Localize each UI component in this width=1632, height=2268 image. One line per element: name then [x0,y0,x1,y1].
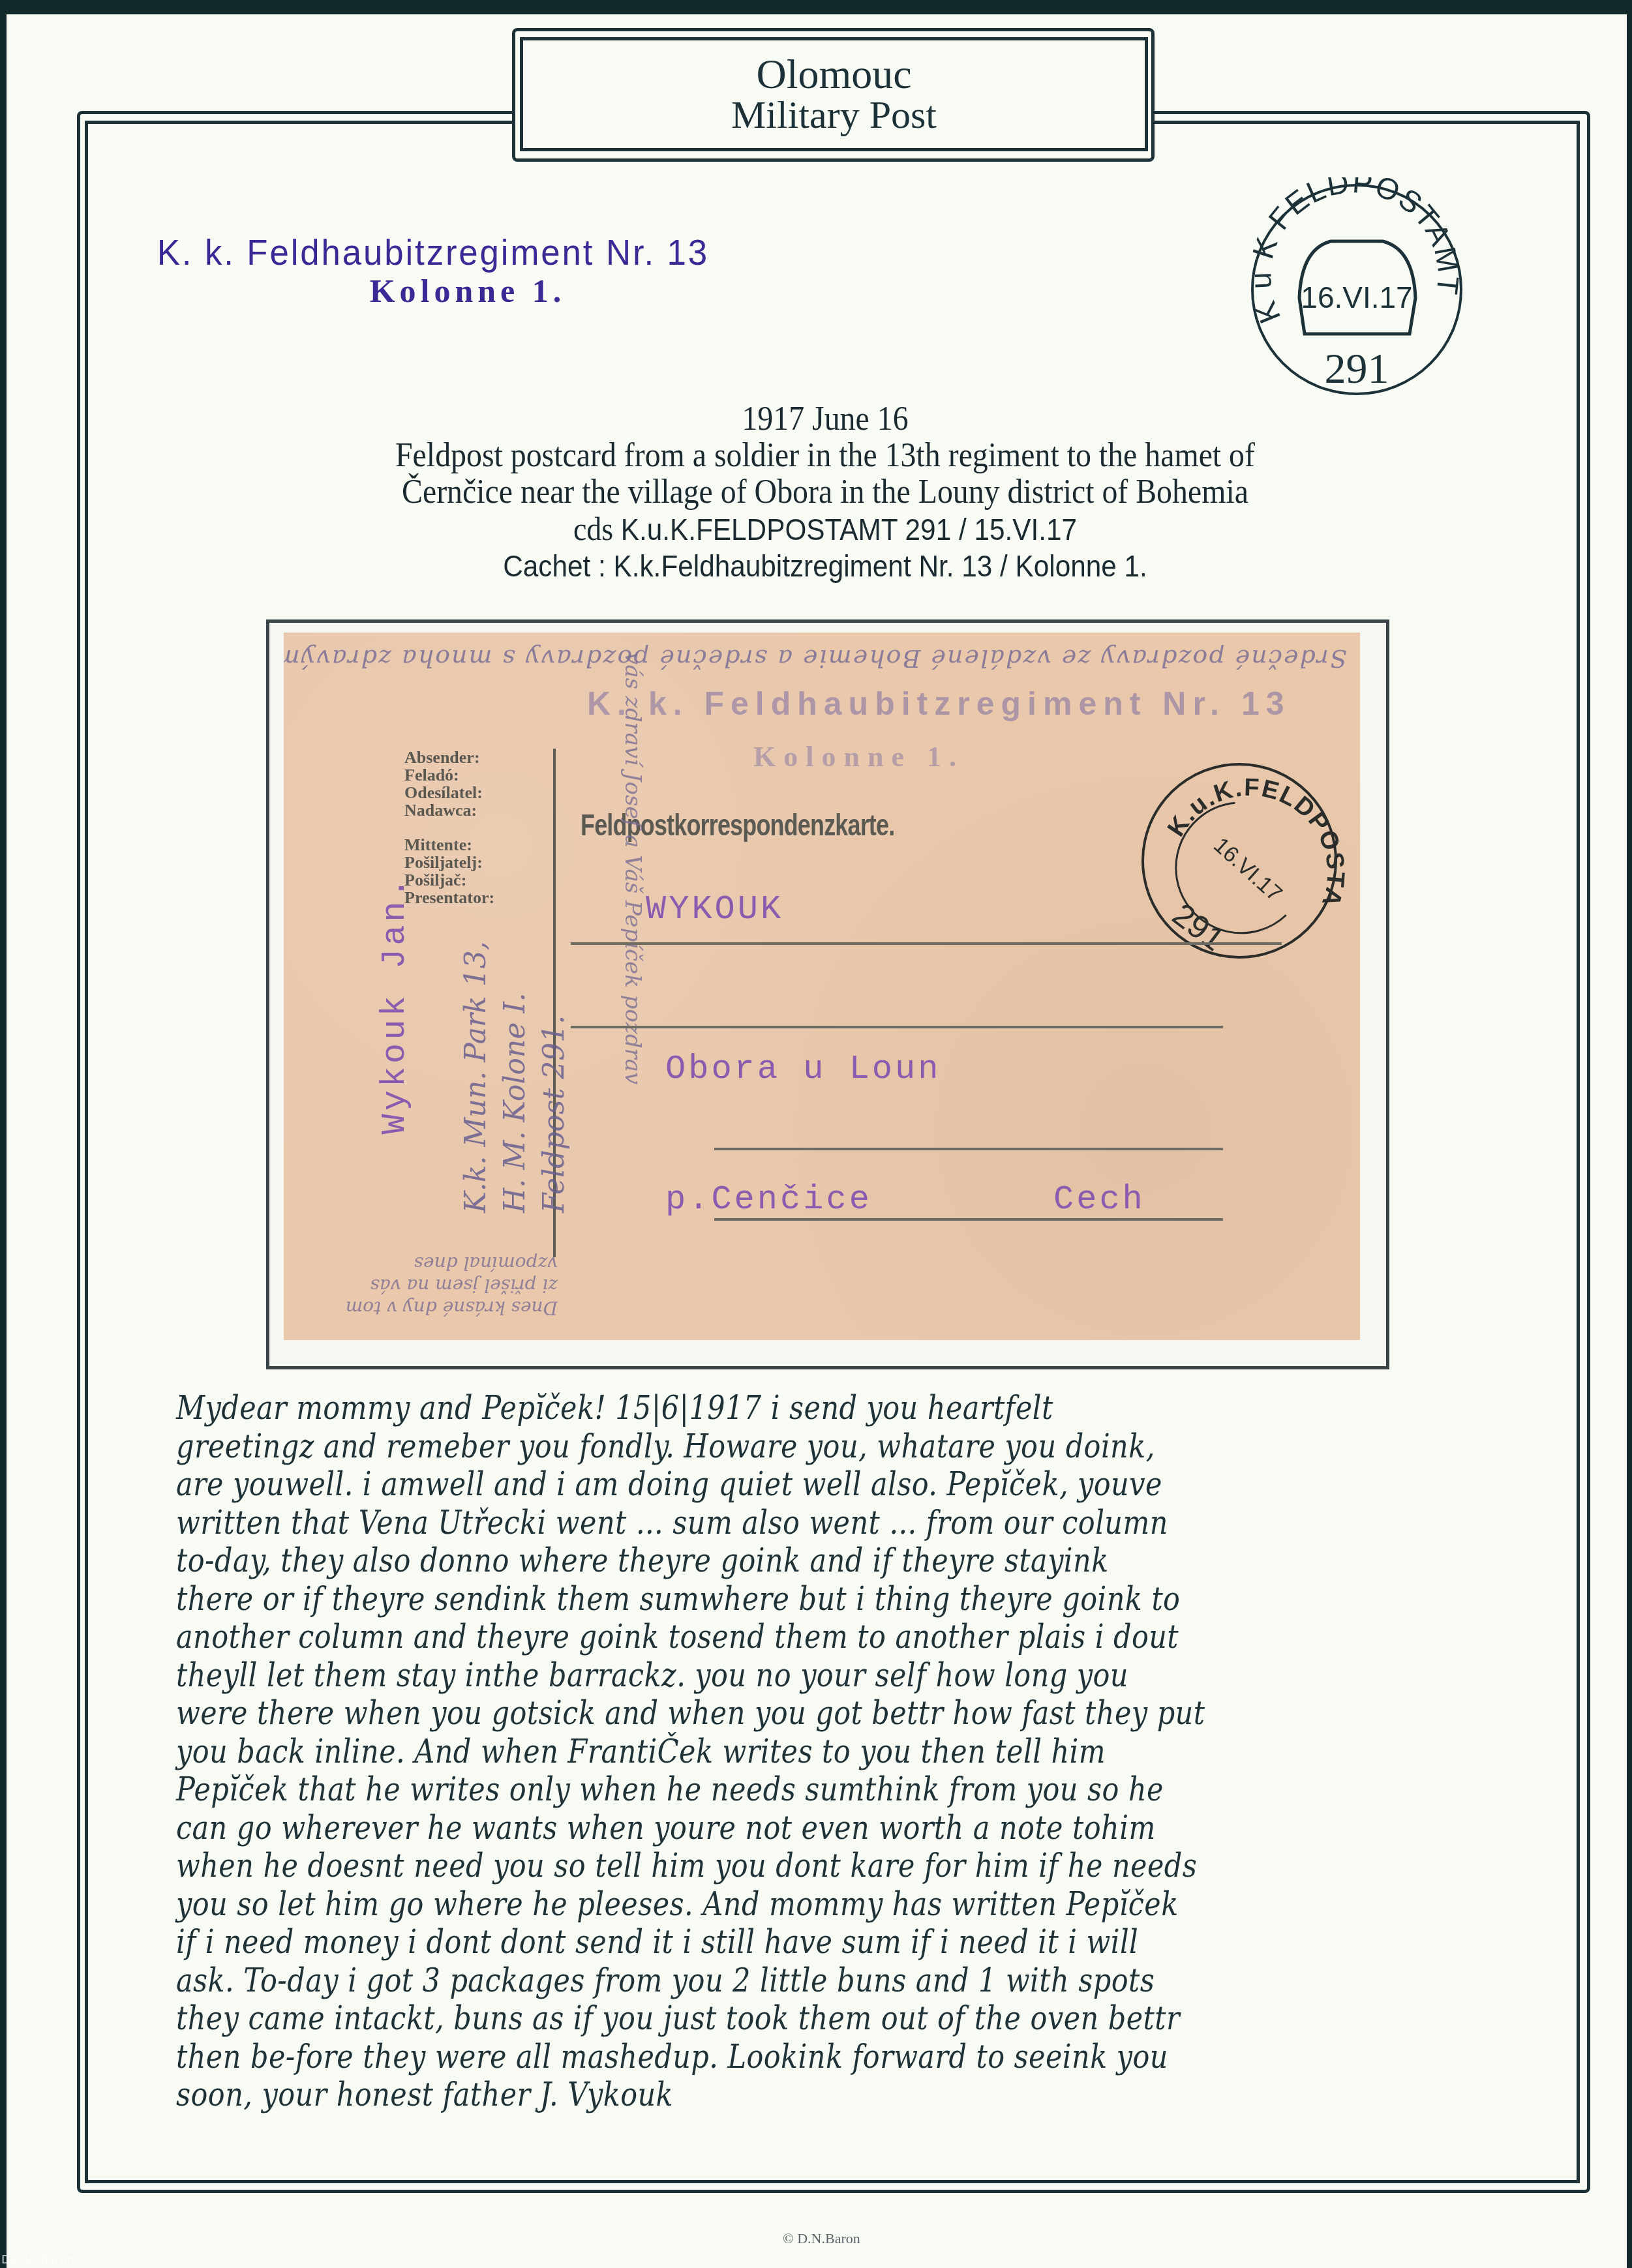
address-region: Cech [1053,1180,1145,1219]
letter-line: can go wherever he wants when youre not … [176,1809,1292,1847]
sender-hand-line: H. M. Kolone I. [496,848,535,1213]
watermark: Derek Baron [1,2253,74,2267]
cachet-value: K.k.Feldhaubitzregiment Nr. 13 / Kolonne… [614,548,1147,583]
bottom-hand-line: Dnes krásné dny v tom [297,1296,558,1319]
sender-label: Feladó: [404,766,494,784]
letter-line: then be-fore they were all mashedup. Loo… [176,2038,1292,2076]
page-title: Olomouc [756,54,911,95]
regiment-cachet: K. k. Feldhaubitzregiment Nr. 13 Kolonne… [138,231,823,310]
postcard-faint-cachet: K. k. Feldhaubitzregiment Nr. 13 [587,685,1291,723]
postcard-postmark-ring: K.u.K.FELDPOSTAMT [1132,753,1347,911]
sender-label: Absender: [404,749,494,766]
address-place: Obora u Loun [665,1050,941,1088]
address-line [714,1148,1223,1150]
postcard-postmark-date: 16.VI.17 [1209,833,1287,906]
page-subtitle: Military Post [731,95,937,135]
item-description: 1917 June 16 Feldpost postcard from a so… [280,401,1370,584]
svg-text:K.u.K.FELDPOSTAMT: K.u.K.FELDPOSTAMT [1132,753,1347,911]
letter-transcription: Mydear mommy and Pepĭček! 15|6|1917 i se… [176,1389,1474,2114]
sender-handwriting: K.k. Mun. Park 13, H. M. Kolone I. Feldp… [457,848,574,1213]
letter-line: when he doesnt need you so tell him you … [176,1847,1292,1885]
cds-value: K.u.K.FELDPOSTAMT 291 / 15.VI.17 [621,513,1077,546]
postmark-number: 291 [1325,345,1389,393]
description-cachet: Cachet : K.k.Feldhaubitzregiment Nr. 13 … [335,548,1316,584]
bottom-hand-line: zi přišel jsem na vás [297,1274,558,1296]
bottom-handwriting: Dnes krásné dny v tom zi přišel jsem na … [297,1252,558,1319]
letter-line: Mydear mommy and Pepĭček! 15|6|1917 i se… [176,1389,1292,1427]
cachet-line1: K. k. Feldhaubitzregiment Nr. 13 [152,231,809,273]
address-line [571,942,1282,945]
letter-line: written that Vena Utřecki went ... sum a… [176,1504,1292,1542]
letter-line: to-day, they also donno where theyre goi… [176,1542,1292,1580]
sender-label: Odesílatel: [404,784,494,801]
letter-line: greetingz and remeber you fondly. Howare… [176,1427,1292,1466]
sender-label: Nadawca: [404,801,494,819]
letter-line: another column and theyre goink tosend t… [176,1618,1292,1656]
description-line: Feldpost postcard from a soldier in the … [324,438,1326,474]
postcard-faint-cachet-kolonne: Kolonne 1. [753,740,964,773]
address-post: p.Cenčice [665,1180,872,1219]
address-line [571,1026,1223,1028]
sender-hand-line: Feldpost 291. [535,848,574,1213]
letter-line: you so let him go where he pleeses. And … [176,1885,1292,1924]
feldpostamt-postmark: K u K FELDPOSTAMT 16.VI.17 291 [1243,177,1471,402]
cachet-line2: Kolonne 1. [138,272,823,310]
letter-line: Pepĭček that he writes only when he need… [176,1770,1292,1809]
letter-line: are youwell. i amwell and i am doing qui… [176,1465,1292,1504]
letter-line: were there when you gotsick and when you… [176,1694,1292,1733]
letter-line: there or if theyre sendink them sumwhere… [176,1580,1292,1619]
postcard-postmark-number: 291 [1166,896,1231,958]
letter-line: soon, your honest father J. Vykouk [176,2076,1292,2114]
postcard-top-handwriting: Srdečné pozdravy ze vzdálené Bohemie a s… [303,644,1347,673]
postcard-postmark: K.u.K.FELDPOSTAMT 16.VI.17 291 [1132,753,1347,968]
side-handwriting: vás zdraví Josef a Váš Pepíček pozdrav [620,652,646,1187]
letter-line: you back inline. And when FrantiČek writ… [176,1733,1292,1771]
description-cds: cds K.u.K.FELDPOSTAMT 291 / 15.VI.17 [324,511,1326,548]
description-date: 1917 June 16 [324,401,1326,438]
letter-line: they came intackt, buns as if you just t… [176,1999,1292,2038]
letter-line: ask. To-day i got 3 packages from you 2 … [176,1962,1292,2000]
bottom-hand-line: vzpomínal dnes [297,1252,558,1274]
postcard-image: Srdečné pozdravy ze vzdálené Bohemie a s… [284,633,1360,1340]
sender-hand-line: K.k. Mun. Park 13, [457,848,496,1213]
description-line: Černčice near the village of Obora in th… [324,474,1326,511]
title-box: Olomouc Military Post [520,37,1148,151]
cds-prefix: cds [573,511,613,547]
address-name: WYKOUK [646,890,783,929]
cachet-prefix: Cachet : [503,548,606,583]
letter-line: theyll let them stay inthe barrackz. you… [176,1656,1292,1695]
postmark-date: 16.VI.17 [1301,280,1412,314]
copyright: © D.N.Baron [783,2230,860,2247]
address-line [714,1218,1223,1221]
sender-name-stamp: Wykouk Jan. [376,874,414,1135]
letter-line: if i need money i dont dont send it i st… [176,1923,1292,1962]
